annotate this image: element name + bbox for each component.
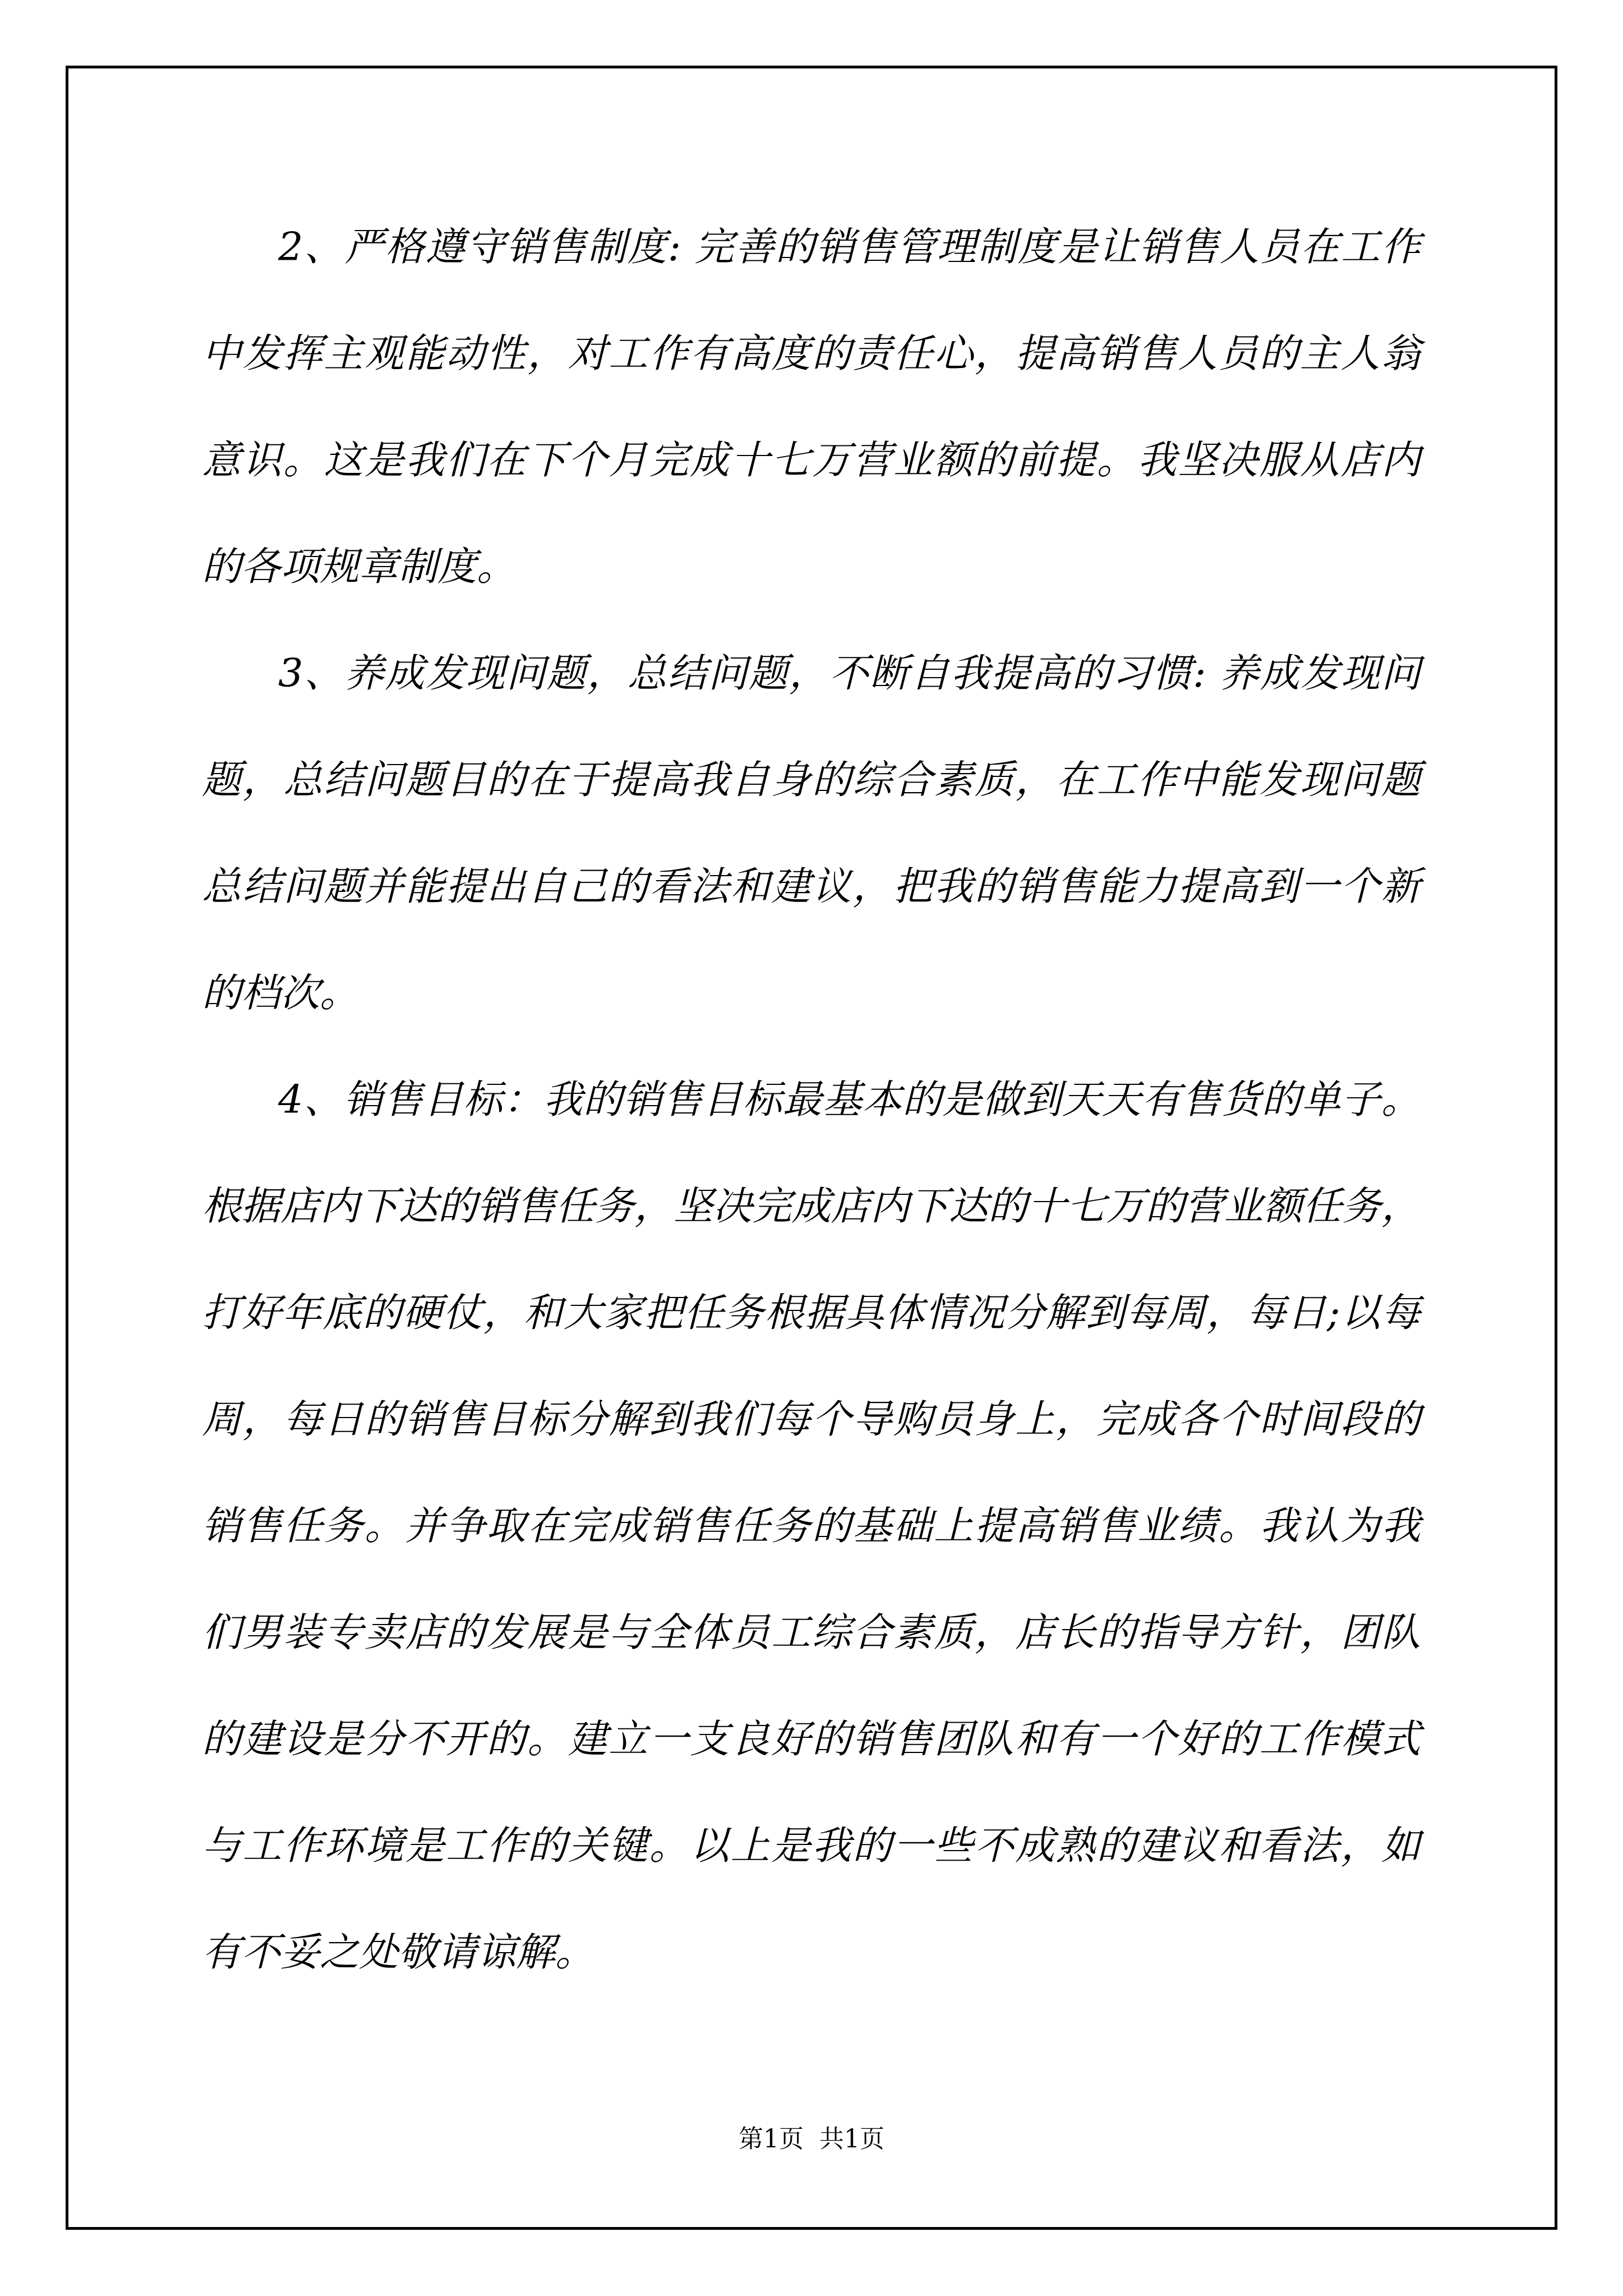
text-line: 与工作环境是工作的关键。以上是我的一些不成熟的建议和看法，如 <box>202 1792 1421 1899</box>
text-line: 的各项规章制度。 <box>202 513 1421 620</box>
text-line: 根据店内下达的销售任务，坚决完成店内下达的十七万的营业额任务， <box>202 1153 1421 1259</box>
text-line: 的档次。 <box>202 940 1421 1046</box>
paragraph: 2、严格遵守销售制度: 完善的销售管理制度是让销售人员在工作中发挥主观能动性，对… <box>202 194 1421 620</box>
text-line: 有不妥之处敬请谅解。 <box>202 1899 1421 2005</box>
document-page: 2、严格遵守销售制度: 完善的销售管理制度是让销售人员在工作中发挥主观能动性，对… <box>0 0 1623 2296</box>
text-line: 3、养成发现问题，总结问题，不断自我提高的习惯: 养成发现问 <box>202 620 1421 726</box>
text-line: 4、销售目标：我的销售目标最基本的是做到天天有售货的单子。 <box>202 1046 1421 1153</box>
text-line: 销售任务。并争取在完成销售任务的基础上提高销售业绩。我认为我 <box>202 1473 1421 1579</box>
text-line: 意识。这是我们在下个月完成十七万营业额的前提。我坚决服从店内 <box>202 407 1421 513</box>
text-line: 总结问题并能提出自己的看法和建议，把我的销售能力提高到一个新 <box>202 833 1421 940</box>
text-line: 中发挥主观能动性，对工作有高度的责任心，提高销售人员的主人翁 <box>202 300 1421 407</box>
text-line: 打好年底的硬仗，和大家把任务根据具体情况分解到每周，每日;以每 <box>202 1259 1421 1366</box>
text-line: 们男装专卖店的发展是与全体员工综合素质，店长的指导方针，团队 <box>202 1579 1421 1686</box>
paragraph: 4、销售目标：我的销售目标最基本的是做到天天有售货的单子。根据店内下达的销售任务… <box>202 1046 1421 2005</box>
text-line: 周，每日的销售目标分解到我们每个导购员身上，完成各个时间段的 <box>202 1366 1421 1473</box>
document-text: 2、严格遵守销售制度: 完善的销售管理制度是让销售人员在工作中发挥主观能动性，对… <box>202 194 1421 2005</box>
text-line: 的建设是分不开的。建立一支良好的销售团队和有一个好的工作模式 <box>202 1686 1421 1792</box>
paragraph: 3、养成发现问题，总结问题，不断自我提高的习惯: 养成发现问题，总结问题目的在于… <box>202 620 1421 1046</box>
text-line: 2、严格遵守销售制度: 完善的销售管理制度是让销售人员在工作 <box>202 194 1421 300</box>
text-line: 题，总结问题目的在于提高我自身的综合素质，在工作中能发现问题 <box>202 726 1421 833</box>
page-number-footer: 第1页 共1页 <box>0 2122 1623 2157</box>
